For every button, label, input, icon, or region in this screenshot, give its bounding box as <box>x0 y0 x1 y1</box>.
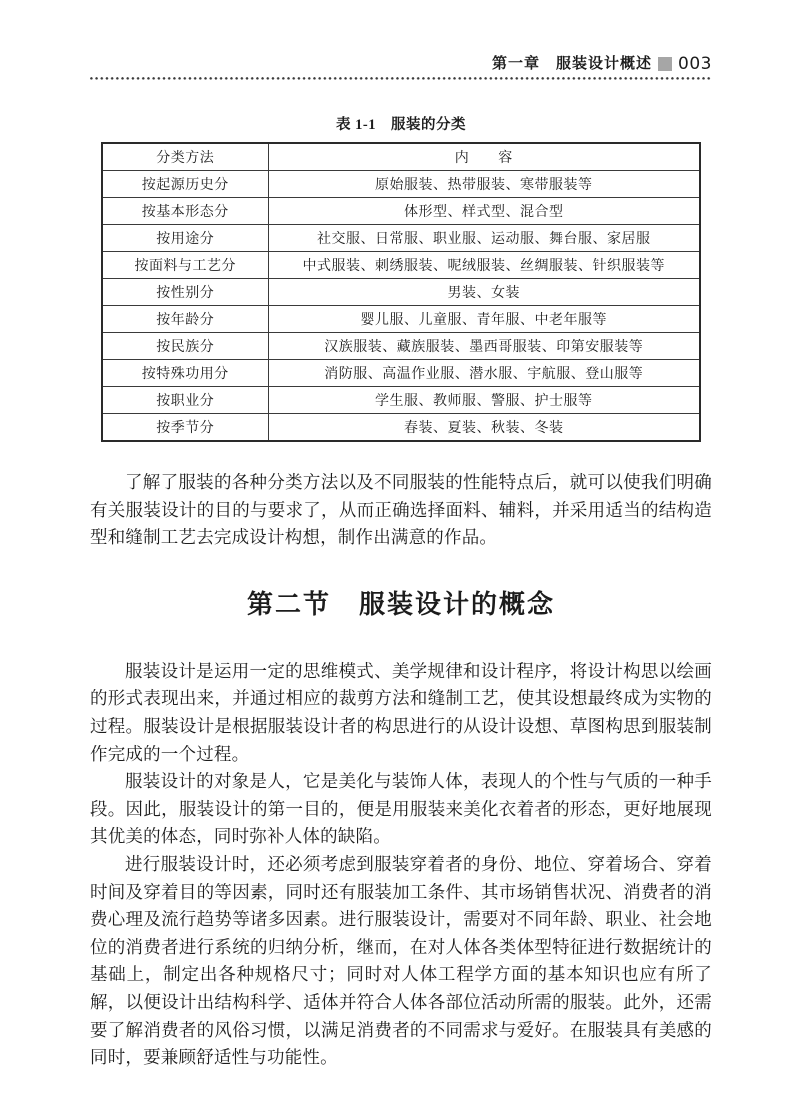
page-number-marker-square <box>658 57 672 71</box>
section-paragraph-3: 进行服装设计时，还必须考虑到服装穿着者的身份、地位、穿着场合、穿着时间及穿着目的… <box>90 851 712 1072</box>
page-number: 003 <box>678 54 712 74</box>
clothing-classification-table: 分类方法 内 容 按起源历史分 原始服装、热带服装、寒带服装等 按基本形态分 体… <box>101 142 701 442</box>
section-heading: 第二节 服装设计的概念 <box>90 584 712 621</box>
cell-content: 汉族服装、藏族服装、墨西哥服装、印第安服装等 <box>268 333 700 360</box>
table-header-row: 分类方法 内 容 <box>102 143 700 171</box>
cell-content: 中式服装、刺绣服装、呢绒服装、丝绸服装、针织服装等 <box>268 252 700 279</box>
column-header-method: 分类方法 <box>102 143 268 171</box>
cell-method: 按用途分 <box>102 225 268 252</box>
cell-content: 社交服、日常服、职业服、运动服、舞台服、家居服 <box>268 225 700 252</box>
cell-method: 按职业分 <box>102 387 268 414</box>
table-row: 按基本形态分 体形型、样式型、混合型 <box>102 198 700 225</box>
running-head-line: 第一章 服装设计概述 003 <box>90 54 712 74</box>
section-paragraph-1: 服装设计是运用一定的思维模式、美学规律和设计程序，将设计构思以绘画的形式表现出来… <box>90 658 712 768</box>
table-caption: 表 1-1 服装的分类 <box>90 113 712 134</box>
chapter-title: 第一章 服装设计概述 <box>492 54 652 74</box>
cell-method: 按性别分 <box>102 279 268 306</box>
table-row: 按面料与工艺分 中式服装、刺绣服装、呢绒服装、丝绸服装、针织服装等 <box>102 252 700 279</box>
running-head: 第一章 服装设计概述 003 <box>90 54 712 80</box>
cell-content: 原始服装、热带服装、寒带服装等 <box>268 171 700 198</box>
table-row: 按用途分 社交服、日常服、职业服、运动服、舞台服、家居服 <box>102 225 700 252</box>
section-paragraph-2: 服装设计的对象是人，它是美化与装饰人体，表现人的个性与气质的一种手段。因此，服装… <box>90 768 712 851</box>
table-row: 按起源历史分 原始服装、热带服装、寒带服装等 <box>102 171 700 198</box>
cell-method: 按民族分 <box>102 333 268 360</box>
cell-method: 按面料与工艺分 <box>102 252 268 279</box>
cell-method: 按起源历史分 <box>102 171 268 198</box>
table-row: 按性别分 男装、女装 <box>102 279 700 306</box>
cell-content: 春装、夏装、秋装、冬装 <box>268 414 700 442</box>
intro-paragraph: 了解了服装的各种分类方法以及不同服装的性能特点后，就可以使我们明确有关服装设计的… <box>90 469 712 552</box>
cell-method: 按年龄分 <box>102 306 268 333</box>
table-row: 按年龄分 婴儿服、儿童服、青年服、中老年服等 <box>102 306 700 333</box>
cell-content: 学生服、教师服、警服、护士服等 <box>268 387 700 414</box>
column-header-content: 内 容 <box>268 143 700 171</box>
table-row: 按民族分 汉族服装、藏族服装、墨西哥服装、印第安服装等 <box>102 333 700 360</box>
table-row: 按特殊功用分 消防服、高温作业服、潜水服、宇航服、登山服等 <box>102 360 700 387</box>
cell-method: 按季节分 <box>102 414 268 442</box>
table-row: 按职业分 学生服、教师服、警服、护士服等 <box>102 387 700 414</box>
book-page: 第一章 服装设计概述 003 表 1-1 服装的分类 分类方法 内 容 按起源历… <box>0 0 800 1114</box>
cell-content: 消防服、高温作业服、潜水服、宇航服、登山服等 <box>268 360 700 387</box>
cell-content: 婴儿服、儿童服、青年服、中老年服等 <box>268 306 700 333</box>
table-row: 按季节分 春装、夏装、秋装、冬装 <box>102 414 700 442</box>
cell-method: 按基本形态分 <box>102 198 268 225</box>
cell-content: 体形型、样式型、混合型 <box>268 198 700 225</box>
cell-method: 按特殊功用分 <box>102 360 268 387</box>
dotted-rule <box>90 77 712 80</box>
cell-content: 男装、女装 <box>268 279 700 306</box>
